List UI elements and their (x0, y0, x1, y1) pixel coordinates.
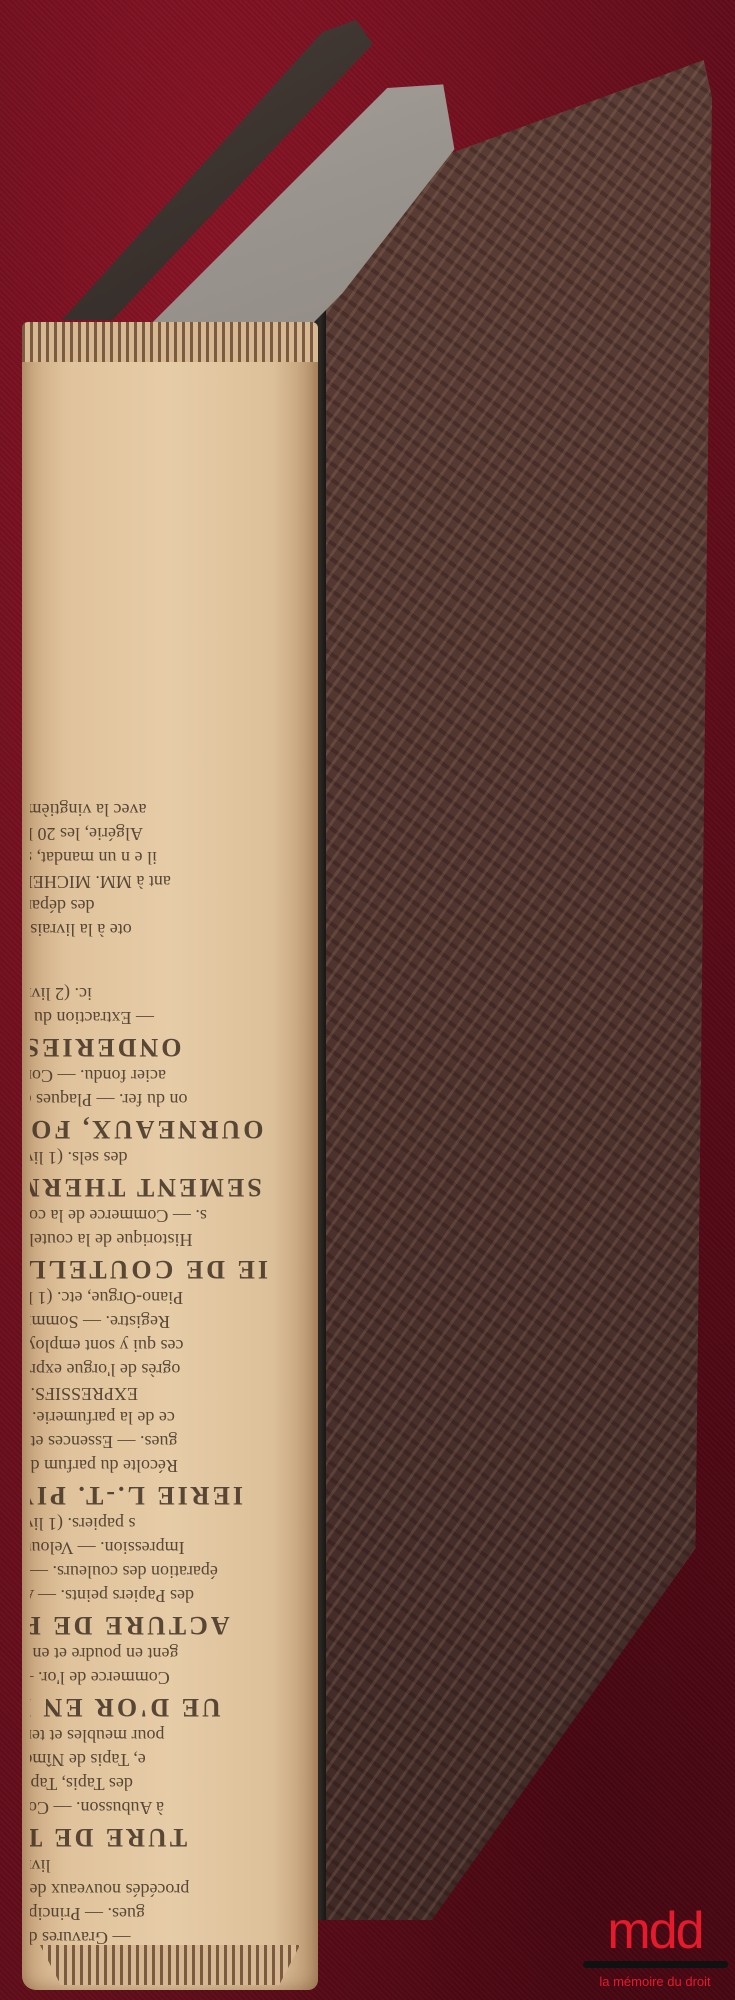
spine-text-line: des Tapis, Tapis jaspés (30, 1772, 310, 1796)
spine-text-line: Algérie, les 20 livraison (30, 822, 310, 846)
spine-text-line: ces qui y sont employés. — F (30, 1334, 310, 1358)
logo-underline-bar (583, 1961, 728, 1968)
spine-text-line: ONDERIES DE (30, 1030, 310, 1064)
logo-tagline: la mémoire du droit (575, 1974, 735, 1989)
spine-text-line: ant à MM. MICHEL LÉVY (30, 870, 310, 894)
spine-text-line: pour meubles et tentures. 2 (30, 1724, 310, 1748)
spine-text-line: on du fer. — Plaques de Blind (30, 1088, 310, 1112)
spine-text-line: OURNEAUX, FORGI (30, 1112, 310, 1146)
spine-text-line: TURE DE TAPI (30, 1820, 310, 1854)
spine-text-line: Historique de la coutellerie. — (30, 1228, 310, 1252)
spine-printed-text: — Gravures des toilesgues. — Principales… (30, 350, 310, 1950)
spine-text-line: acier fondu. — Conversion (30, 1064, 310, 1088)
spine-text-line: e, Tapis de Nîmes, Tapis (30, 1748, 310, 1772)
watermark-logo: mdd la mémoire du droit (575, 1905, 735, 2000)
spine-text-line: ote à la livraison, s'adr (30, 918, 310, 942)
spine-text-line (30, 942, 310, 982)
mdd-logo-mark: mdd (575, 1905, 735, 1957)
spine-text-line: Impression. — Veloutés. — S (30, 1536, 310, 1560)
spine-text-line: IERIE L.-T. PIVER (30, 1478, 310, 1512)
spine-text-line: éparation des couleurs. — Achat d (30, 1560, 310, 1584)
spine-text-line: Piano-Orgue, etc. (1 livraison (30, 1286, 310, 1310)
spine-text-line: des départements (30, 894, 310, 918)
spine-text-line: SEMENT THERMAL (30, 1170, 310, 1204)
spine-text-line: EXPRESSIFS. Manufa (30, 1382, 310, 1406)
spine-text-line: il e n un mandat, soit en ti (30, 846, 310, 870)
spine-text-line: ce de la parfumerie. (1 livrai (30, 1406, 310, 1430)
spine-text-line: Récolte du parfum des fleurs (30, 1454, 310, 1478)
spine-text-line: livraisons.) (30, 1854, 310, 1878)
spine-text-line: ic. (2 livraisons.) (30, 982, 310, 1006)
spine-text-line: — Gravures des toiles (30, 1926, 310, 1950)
spine-text-line: avec la vingtième livrais (30, 798, 310, 822)
spine-text-line: UE D'OR EN FEU (30, 1690, 310, 1724)
spine-text-line: des Papiers peints. — Achat de (30, 1584, 310, 1608)
spine-text-line: ogrès de l'orgue expressif. — (30, 1358, 310, 1382)
spine-text-line: Registre. — Sommier. — C (30, 1310, 310, 1334)
spine-text-line: des sels. (1 livraison.) (30, 1146, 310, 1170)
spine-text-line: IE DE COUTELLERI (30, 1252, 310, 1286)
spine-text-line: gues. — Essences et Extraits (30, 1430, 310, 1454)
spine-text-line: à Aubusson. — Commerce (30, 1796, 310, 1820)
spine-text-line: gent en poudre et en coquille (30, 1642, 310, 1666)
spine-text-line: Commerce de l'or. — Fonte (30, 1666, 310, 1690)
spine-text-line: s papiers. (1 livraison.) (30, 1512, 310, 1536)
spine-text-line: procédés nouveaux de teinture (30, 1878, 310, 1902)
spine-text-line: ACTURE DE PAPI (30, 1608, 310, 1642)
spine-text-line: gues. — Principales con (30, 1902, 310, 1926)
spine-text-line: s. — Commerce de la coutellerie (30, 1204, 310, 1228)
spine-text-line: — Extraction du minerai, (30, 1006, 310, 1030)
spine-tailband (40, 1945, 300, 1985)
